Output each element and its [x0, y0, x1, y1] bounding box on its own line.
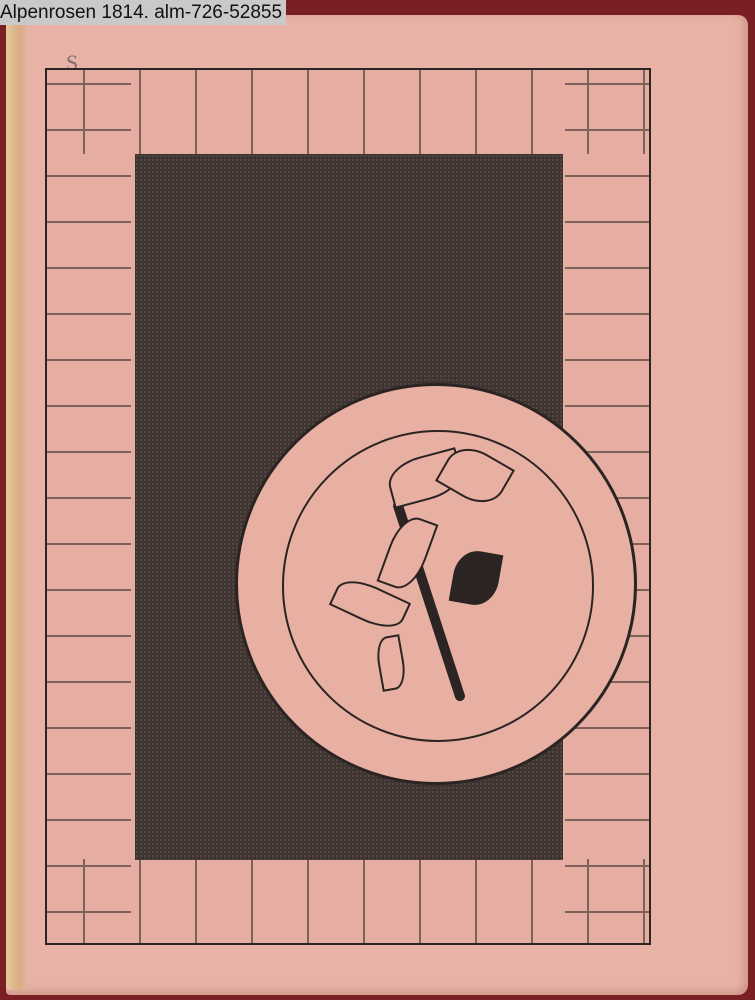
floral-medallion: [235, 383, 637, 785]
ornamental-border: [45, 68, 651, 945]
book-spine: [6, 22, 28, 990]
stippled-panel: [135, 154, 563, 860]
image-caption: Alpenrosen 1814. alm-726-52855: [0, 0, 286, 25]
